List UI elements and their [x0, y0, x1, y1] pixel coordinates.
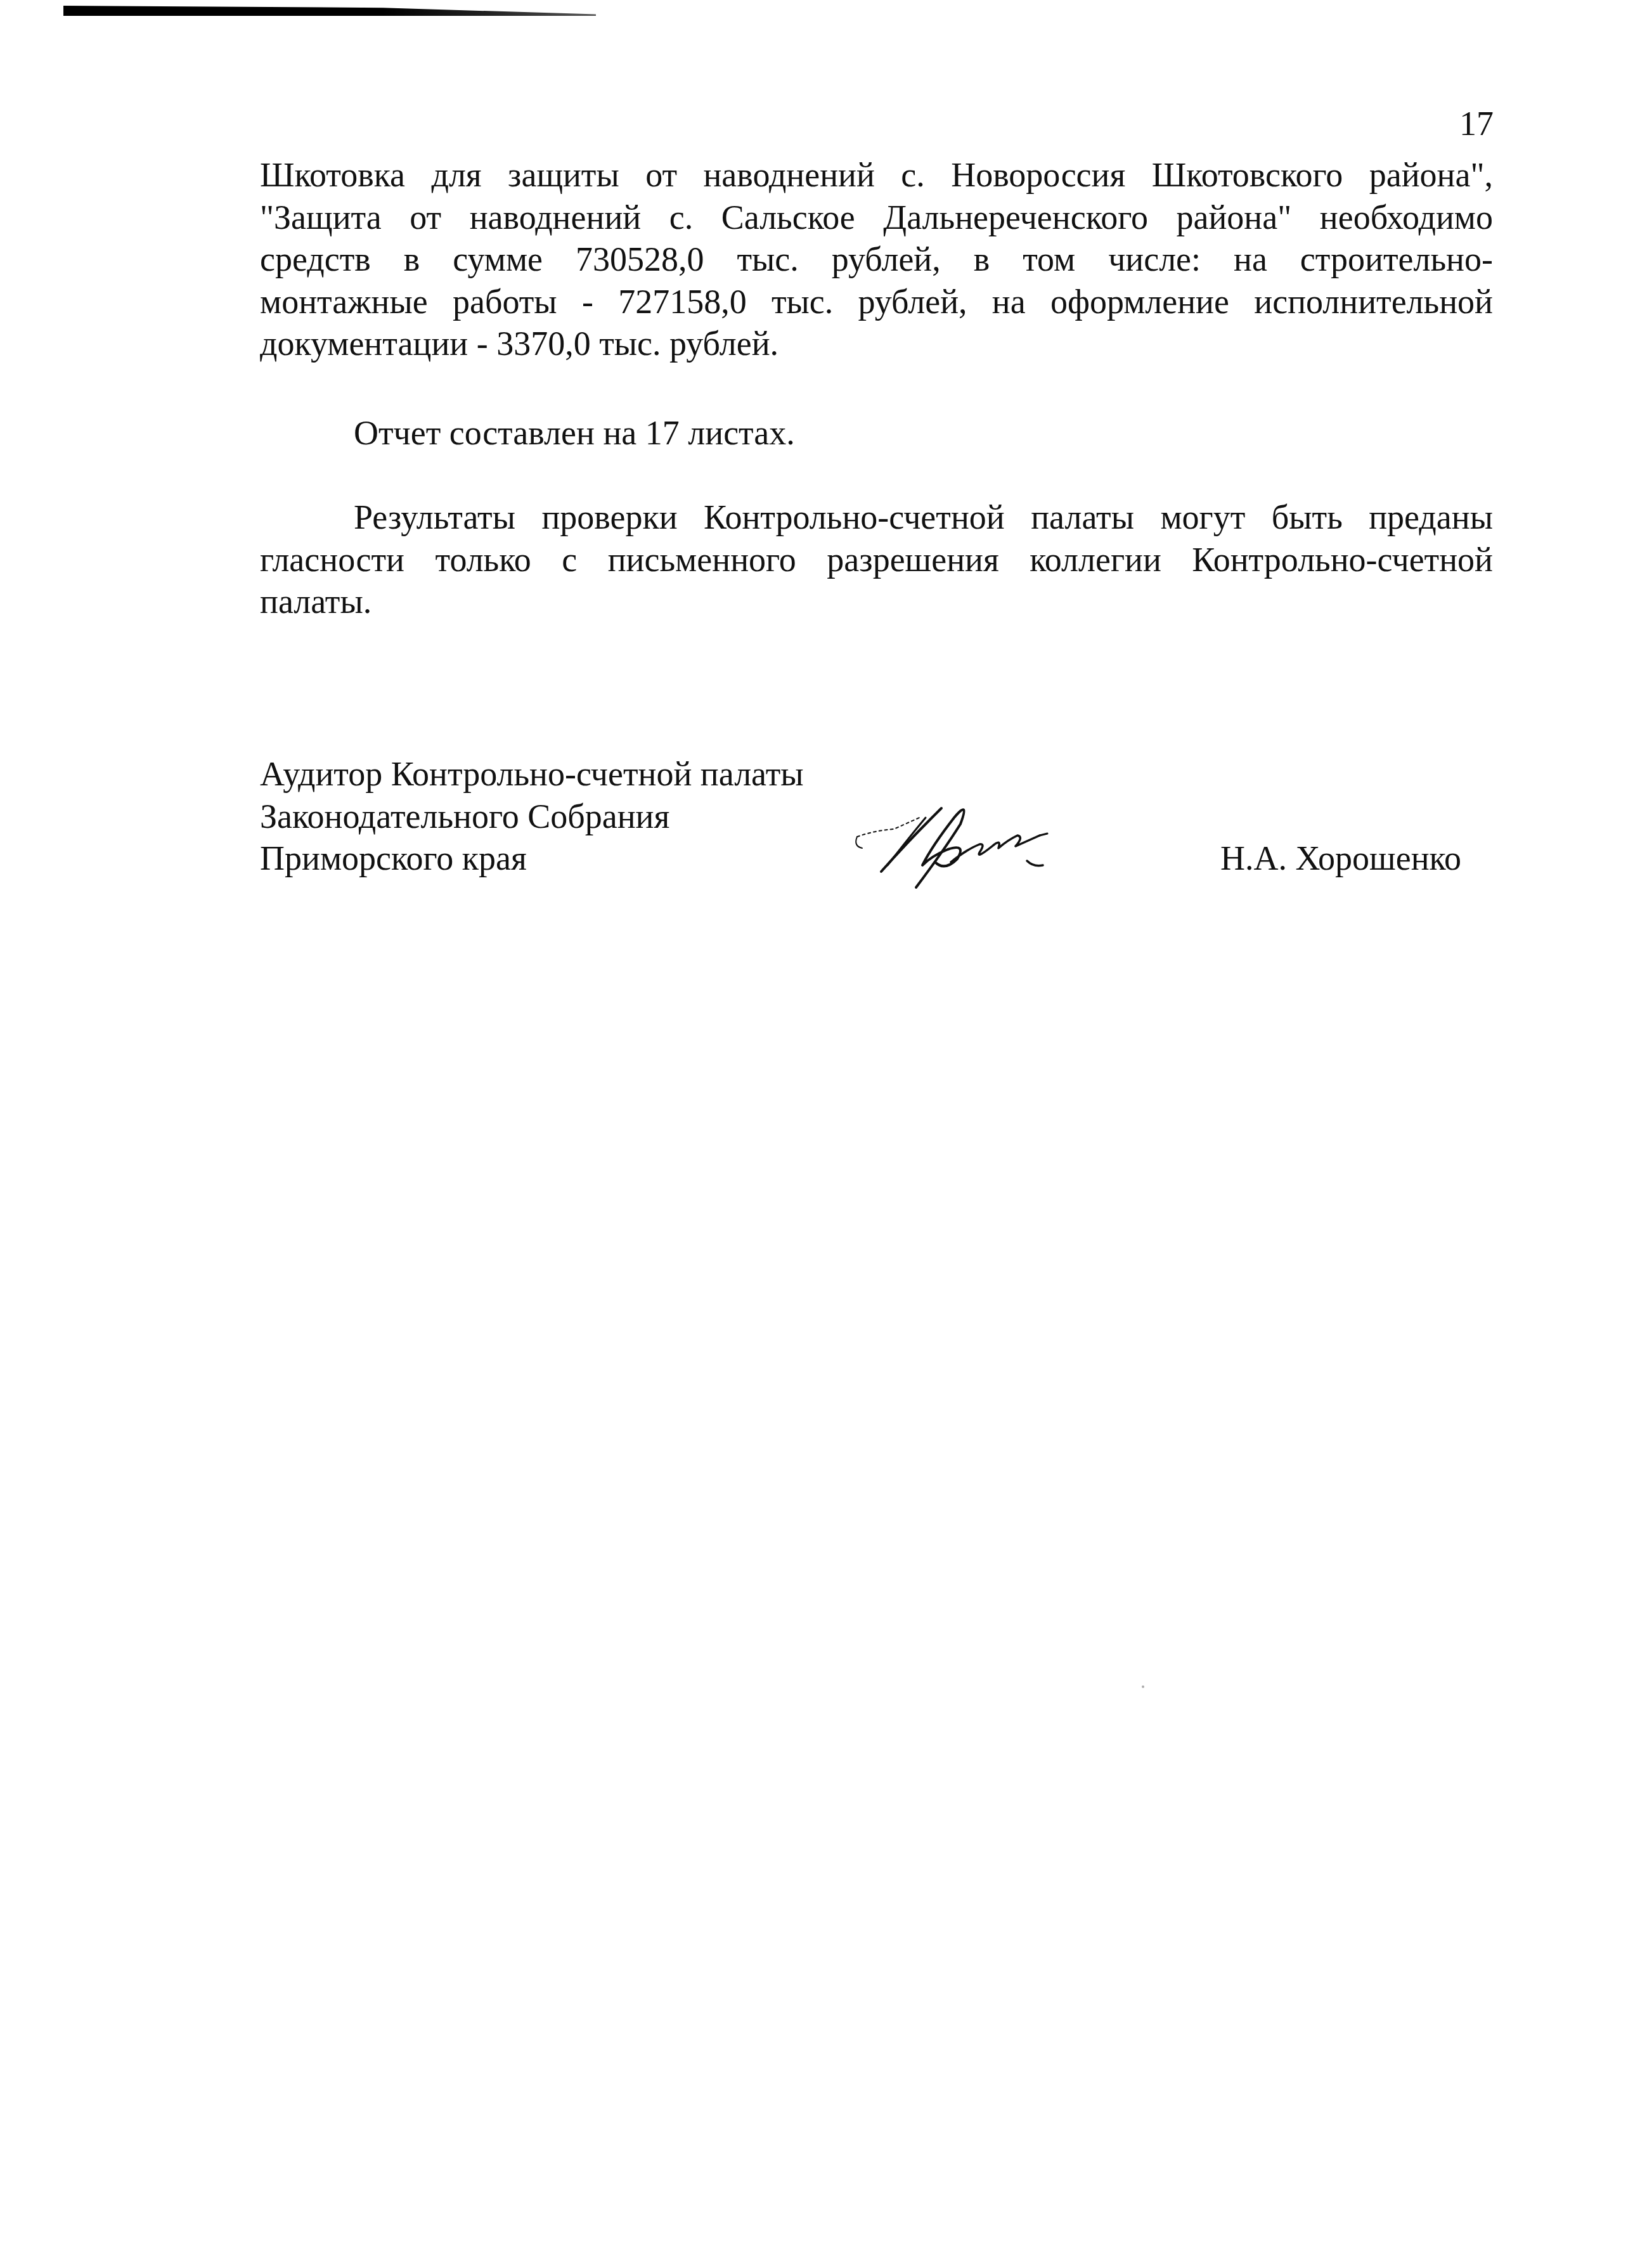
- text-line: "Защита от наводнений с. Сальское Дальне…: [260, 197, 1493, 239]
- signer-title-line: Законодательного Собрания: [260, 796, 804, 838]
- text-line: монтажные работы - 727158,0 тыс. рублей,…: [260, 281, 1493, 323]
- signature-icon: [849, 792, 1059, 900]
- text-line: Шкотовка для защиты от наводнений с. Нов…: [260, 154, 1493, 197]
- signer-title: Аудитор Контрольно-счетной палаты Законо…: [260, 753, 804, 880]
- text-line: гласности только с письменного разрешени…: [260, 539, 1493, 581]
- paragraph-sheet-count: Отчет составлен на 17 листах.: [260, 412, 1493, 454]
- paragraph-funding: Шкотовка для защиты от наводнений с. Нов…: [260, 154, 1493, 365]
- page-number: 17: [1459, 106, 1494, 141]
- signer-title-line: Аудитор Контрольно-счетной палаты: [260, 753, 804, 796]
- paragraph-disclosure: Результаты проверки Контрольно-счетной п…: [260, 496, 1493, 623]
- text-line: палаты.: [260, 581, 1493, 623]
- signer-title-line: Приморского края: [260, 837, 804, 880]
- text-line: Результаты проверки Контрольно-счетной п…: [260, 496, 1493, 539]
- text-line: документации - 3370,0 тыс. рублей.: [260, 323, 1493, 365]
- scan-speck: [1142, 1685, 1144, 1688]
- text-line: средств в сумме 730528,0 тыс. рублей, в …: [260, 238, 1493, 281]
- scan-artifact-bar: [63, 6, 596, 16]
- signer-name: Н.А. Хорошенко: [1220, 837, 1461, 880]
